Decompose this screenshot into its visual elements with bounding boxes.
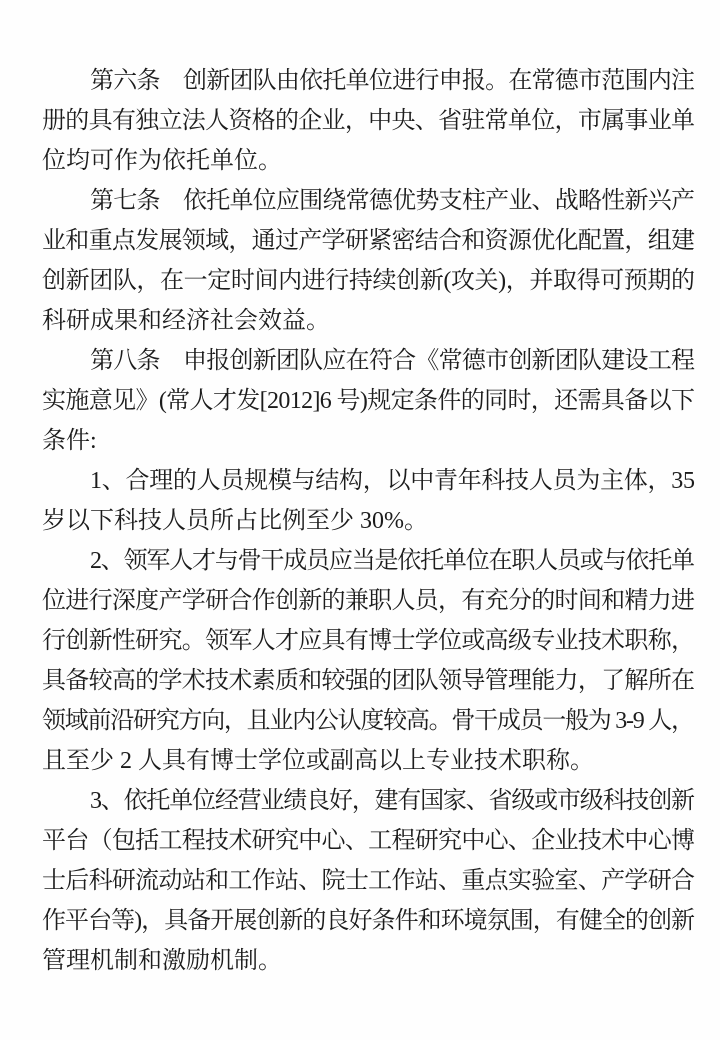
- line-text: 领域前沿研究方向，且业内公认度较高。骨干成员一般为 3-9 人，: [42, 701, 694, 741]
- line-text: 位均可作为依托单位。: [42, 141, 282, 181]
- line-text: 创新团队，在一定时间内进行持续创新(攻关)，并取得可预期的: [42, 261, 695, 301]
- paragraph-condition-3: 3、依托单位经营业绩良好，建有国家、省级或市级科技创新平台（包括工程技术研究中心…: [42, 781, 695, 981]
- line-text: 作平台等)，具备开展创新的良好条件和环境氛围，有健全的创新: [42, 901, 694, 941]
- line-text: 册的具有独立法人资格的企业，中央、省驻常单位，市属事业单: [42, 101, 694, 141]
- text-line: 士后科研流动站和工作站、院士工作站、重点实验室、产学研合: [42, 861, 695, 901]
- document-page: 第六条 创新团队由依托单位进行申报。在常德市范围内注册的具有独立法人资格的企业，…: [0, 0, 720, 1040]
- line-text: 且至少 2 人具有博士学位或副高以上专业技术职称。: [42, 741, 594, 781]
- line-text: 行创新性研究。领军人才应具有博士学位或高级专业技术职称，: [42, 621, 694, 661]
- text-line: 位进行深度产学研合作创新的兼职人员，有充分的时间和精力进: [42, 581, 695, 621]
- line-text: 2、领军人才与骨干成员应当是依托单位在职人员或与依托单: [90, 541, 694, 581]
- text-line: 1、合理的人员规模与结构，以中青年科技人员为主体，35: [42, 461, 695, 501]
- text-line: 且至少 2 人具有博士学位或副高以上专业技术职称。: [42, 741, 695, 781]
- text-line: 2、领军人才与骨干成员应当是依托单位在职人员或与依托单: [42, 541, 695, 581]
- line-text: 管理机制和激励机制。: [42, 941, 282, 981]
- text-line: 平台（包括工程技术研究中心、工程研究中心、企业技术中心博: [42, 821, 695, 861]
- line-text: 士后科研流动站和工作站、院士工作站、重点实验室、产学研合: [42, 861, 694, 901]
- document-body: 第六条 创新团队由依托单位进行申报。在常德市范围内注册的具有独立法人资格的企业，…: [42, 61, 695, 981]
- line-text: 第八条 申报创新团队应在符合《常德市创新团队建设工程: [90, 341, 694, 381]
- paragraph-article-6: 第六条 创新团队由依托单位进行申报。在常德市范围内注册的具有独立法人资格的企业，…: [42, 61, 695, 181]
- line-text: 岁以下科技人员所占比例至少 30%。: [42, 501, 428, 541]
- text-line: 管理机制和激励机制。: [42, 941, 695, 981]
- line-text: 3、依托单位经营业绩良好，建有国家、省级或市级科技创新: [90, 781, 694, 821]
- paragraph-article-8: 第八条 申报创新团队应在符合《常德市创新团队建设工程实施意见》(常人才发[201…: [42, 341, 695, 461]
- text-line: 位均可作为依托单位。: [42, 141, 695, 181]
- text-line: 创新团队，在一定时间内进行持续创新(攻关)，并取得可预期的: [42, 261, 695, 301]
- line-text: 第六条 创新团队由依托单位进行申报。在常德市范围内注: [90, 61, 694, 101]
- text-line: 册的具有独立法人资格的企业，中央、省驻常单位，市属事业单: [42, 101, 695, 141]
- line-text: 具备较高的学术技术素质和较强的团队领导管理能力，了解所在: [42, 661, 694, 701]
- text-line: 作平台等)，具备开展创新的良好条件和环境氛围，有健全的创新: [42, 901, 695, 941]
- line-text: 科研成果和经济社会效益。: [42, 301, 330, 341]
- text-line: 第八条 申报创新团队应在符合《常德市创新团队建设工程: [42, 341, 695, 381]
- paragraph-condition-1: 1、合理的人员规模与结构，以中青年科技人员为主体，35岁以下科技人员所占比例至少…: [42, 461, 695, 541]
- line-text: 第七条 依托单位应围绕常德优势支柱产业、战略性新兴产: [90, 181, 694, 221]
- text-line: 岁以下科技人员所占比例至少 30%。: [42, 501, 695, 541]
- text-line: 行创新性研究。领军人才应具有博士学位或高级专业技术职称，: [42, 621, 695, 661]
- line-text: 条件:: [42, 421, 97, 461]
- text-line: 科研成果和经济社会效益。: [42, 301, 695, 341]
- paragraph-condition-2: 2、领军人才与骨干成员应当是依托单位在职人员或与依托单位进行深度产学研合作创新的…: [42, 541, 695, 781]
- line-text: 业和重点发展领域，通过产学研紧密结合和资源优化配置，组建: [42, 221, 694, 261]
- text-line: 具备较高的学术技术素质和较强的团队领导管理能力，了解所在: [42, 661, 695, 701]
- text-line: 第六条 创新团队由依托单位进行申报。在常德市范围内注: [42, 61, 695, 101]
- text-line: 实施意见》(常人才发[2012]6 号)规定条件的同时，还需具备以下: [42, 381, 695, 421]
- line-text: 1、合理的人员规模与结构，以中青年科技人员为主体，35: [90, 461, 695, 501]
- line-text: 位进行深度产学研合作创新的兼职人员，有充分的时间和精力进: [42, 581, 694, 621]
- text-line: 业和重点发展领域，通过产学研紧密结合和资源优化配置，组建: [42, 221, 695, 261]
- text-line: 第七条 依托单位应围绕常德优势支柱产业、战略性新兴产: [42, 181, 695, 221]
- text-line: 3、依托单位经营业绩良好，建有国家、省级或市级科技创新: [42, 781, 695, 821]
- line-text: 实施意见》(常人才发[2012]6 号)规定条件的同时，还需具备以下: [42, 381, 694, 421]
- text-line: 领域前沿研究方向，且业内公认度较高。骨干成员一般为 3-9 人，: [42, 701, 695, 741]
- line-text: 平台（包括工程技术研究中心、工程研究中心、企业技术中心博: [42, 821, 694, 861]
- text-line: 条件:: [42, 421, 695, 461]
- paragraph-article-7: 第七条 依托单位应围绕常德优势支柱产业、战略性新兴产业和重点发展领域，通过产学研…: [42, 181, 695, 341]
